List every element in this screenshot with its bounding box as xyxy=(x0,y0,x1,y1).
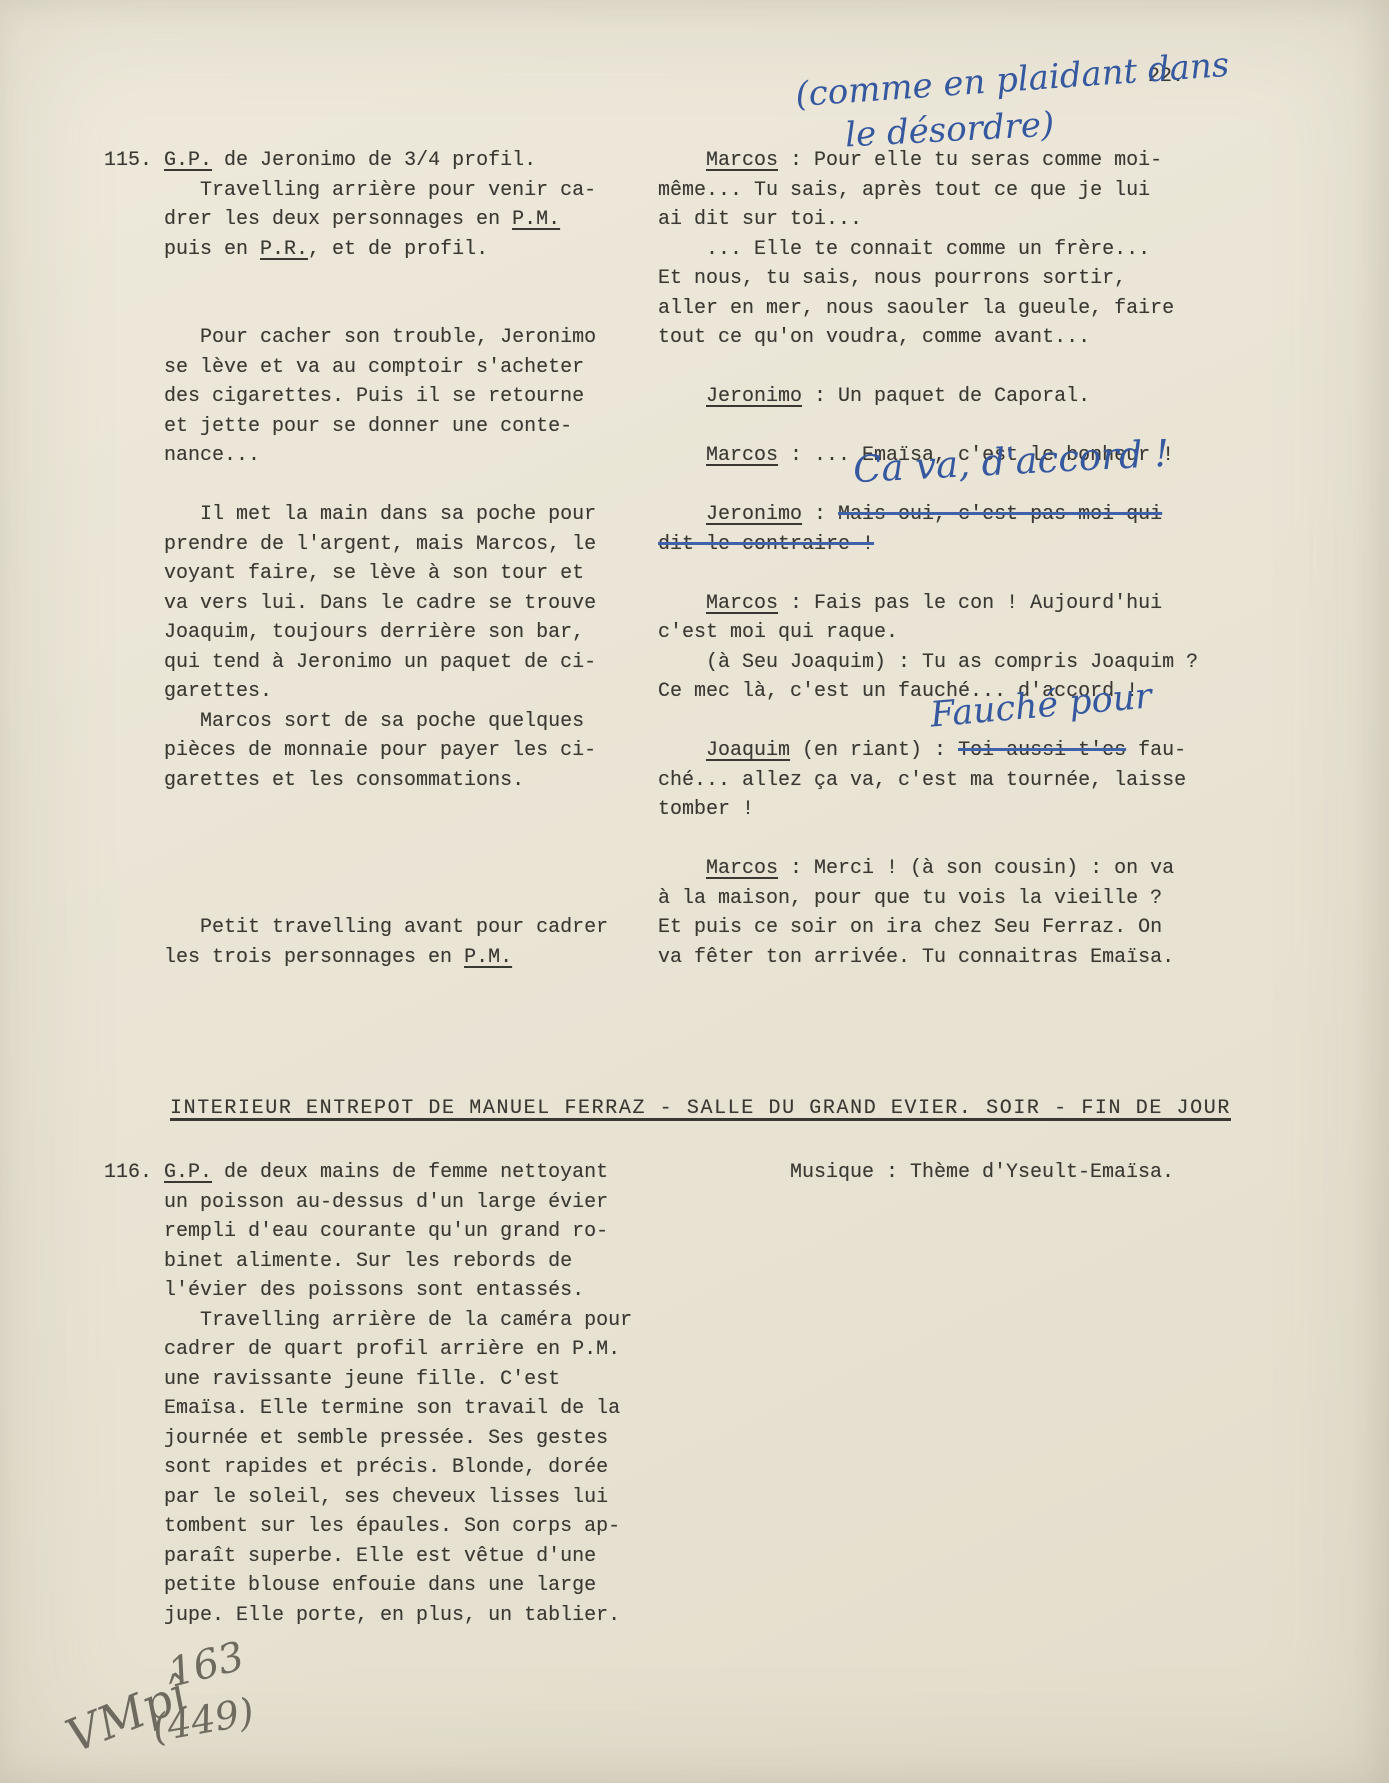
scene-115-left-column: 115. G.P. de Jeronimo de 3/4 profil. Tra… xyxy=(104,146,608,972)
scene-115-right-column: Marcos : Pour elle tu seras comme moi-mê… xyxy=(658,146,1198,972)
typed-text: sont rapides et précis. Blonde, dorée xyxy=(104,1456,608,1479)
text-line xyxy=(104,884,608,914)
typed-text xyxy=(658,385,706,408)
typed-text: de deux mains de femme nettoyant xyxy=(212,1161,608,1184)
text-line: une ravissante jeune fille. C'est xyxy=(104,1365,632,1395)
text-line xyxy=(104,294,608,324)
text-line: se lève et va au comptoir s'acheter xyxy=(104,353,608,383)
text-line: 115. G.P. de Jeronimo de 3/4 profil. xyxy=(104,146,608,176)
struck-text: Toi aussi t'es xyxy=(958,739,1126,762)
typed-text xyxy=(658,739,706,762)
text-line: 116. G.P. de deux mains de femme nettoya… xyxy=(104,1158,632,1188)
text-line: l'évier des poissons sont entassés. xyxy=(104,1276,632,1306)
typed-text: cadrer de quart profil arrière en P.M. xyxy=(104,1338,620,1361)
underlined-text: P.R. xyxy=(260,238,308,261)
typed-text: Et puis ce soir on ira chez Seu Ferraz. … xyxy=(658,916,1162,939)
text-line: pièces de monnaie pour payer les ci- xyxy=(104,736,608,766)
typed-text: paraît superbe. Elle est vêtue d'une xyxy=(104,1545,596,1568)
text-line: binet alimente. Sur les rebords de xyxy=(104,1247,632,1277)
underlined-text: P.M. xyxy=(512,208,560,231)
text-line: journée et semble pressée. Ses gestes xyxy=(104,1424,632,1454)
typed-text: va vers lui. Dans le cadre se trouve xyxy=(104,592,596,615)
typed-text: garettes. xyxy=(104,680,272,703)
text-line: à la maison, pour que tu vois la vieille… xyxy=(658,884,1198,914)
text-line: nance... xyxy=(104,441,608,471)
typed-text: un poisson au-dessus d'un large évier xyxy=(104,1191,608,1214)
text-line xyxy=(658,353,1198,383)
typed-text: Travelling arrière pour venir ca- xyxy=(104,179,596,202)
typed-text: Pour cacher son trouble, Jeronimo xyxy=(104,326,596,349)
underlined-text: Jeronimo xyxy=(706,503,802,526)
text-line: INTERIEUR ENTREPOT DE MANUEL FERRAZ - SA… xyxy=(170,1094,1231,1124)
text-line: drer les deux personnages en P.M. xyxy=(104,205,608,235)
typed-text: ... Elle te connait comme un frère... xyxy=(658,238,1150,261)
text-line: jupe. Elle porte, en plus, un tablier. xyxy=(104,1601,632,1631)
text-line: un poisson au-dessus d'un large évier xyxy=(104,1188,632,1218)
text-line: des cigarettes. Puis il se retourne xyxy=(104,382,608,412)
text-line: Et nous, tu sais, nous pourrons sortir, xyxy=(658,264,1198,294)
typed-text: : Un paquet de Caporal. xyxy=(802,385,1090,408)
struck-text: Mais oui, c'est pas moi qui xyxy=(838,503,1162,526)
text-line: Marcos : Pour elle tu seras comme moi- xyxy=(658,146,1198,176)
typed-text xyxy=(658,592,706,615)
typed-text: les trois personnages en xyxy=(104,946,464,969)
underlined-text: P.M. xyxy=(464,946,512,969)
text-line: va fêter ton arrivée. Tu connaitras Emaï… xyxy=(658,943,1198,973)
typed-text: prendre de l'argent, mais Marcos, le xyxy=(104,533,596,556)
screenplay-page: 22. (comme en plaidant dans le désordre)… xyxy=(0,0,1389,1783)
text-line: sont rapides et précis. Blonde, dorée xyxy=(104,1453,632,1483)
typed-text: une ravissante jeune fille. C'est xyxy=(104,1368,560,1391)
text-line: (à Seu Joaquim) : Tu as compris Joaquim … xyxy=(658,648,1198,678)
scene-116-left-column: 116. G.P. de deux mains de femme nettoya… xyxy=(104,1158,632,1630)
text-line xyxy=(104,795,608,825)
typed-text xyxy=(658,503,706,526)
text-line: petite blouse enfouie dans une large xyxy=(104,1571,632,1601)
text-line: qui tend à Jeronimo un paquet de ci- xyxy=(104,648,608,678)
underlined-text: Marcos xyxy=(706,592,778,615)
text-line xyxy=(104,471,608,501)
typed-text: , et de profil. xyxy=(308,238,488,261)
text-line: voyant faire, se lève à son tour et xyxy=(104,559,608,589)
typed-text: binet alimente. Sur les rebords de xyxy=(104,1250,572,1273)
underlined-text: G.P. xyxy=(164,1161,212,1184)
underlined-text: Joaquim xyxy=(706,739,790,762)
typed-text: ché... allez ça va, c'est ma tournée, la… xyxy=(658,769,1186,792)
typed-text: : xyxy=(802,503,838,526)
text-line: dit le contraire ! xyxy=(658,530,1198,560)
text-line xyxy=(104,854,608,884)
typed-text: rempli d'eau courante qu'un grand ro- xyxy=(104,1220,608,1243)
text-line: prendre de l'argent, mais Marcos, le xyxy=(104,530,608,560)
text-line: Emaïsa. Elle termine son travail de la xyxy=(104,1394,632,1424)
text-line: tombent sur les épaules. Son corps ap- xyxy=(104,1512,632,1542)
text-line: garettes et les consommations. xyxy=(104,766,608,796)
text-line: ... Elle te connait comme un frère... xyxy=(658,235,1198,265)
typed-text: Musique : Thème d'Yseult-Emaïsa. xyxy=(790,1161,1174,1184)
underlined-text: Jeronimo xyxy=(706,385,802,408)
typed-text: tombent sur les épaules. Son corps ap- xyxy=(104,1515,620,1538)
text-line: par le soleil, ses cheveux lisses lui xyxy=(104,1483,632,1513)
typed-text: jupe. Elle porte, en plus, un tablier. xyxy=(104,1604,620,1627)
typed-text: Travelling arrière de la caméra pour xyxy=(104,1309,632,1332)
text-line: Travelling arrière de la caméra pour xyxy=(104,1306,632,1336)
underlined-text: Marcos xyxy=(706,444,778,467)
typed-text: (à Seu Joaquim) : Tu as compris Joaquim … xyxy=(658,651,1198,674)
typed-text: Marcos sort de sa poche quelques xyxy=(104,710,584,733)
scene-heading: INTERIEUR ENTREPOT DE MANUEL FERRAZ - SA… xyxy=(170,1094,1231,1124)
text-line: Marcos sort de sa poche quelques xyxy=(104,707,608,737)
typed-text: même... Tu sais, après tout ce que je lu… xyxy=(658,179,1150,202)
underlined-text: INTERIEUR ENTREPOT DE MANUEL FERRAZ - SA… xyxy=(170,1097,1231,1120)
underlined-text: Marcos xyxy=(706,149,778,172)
typed-text: Emaïsa. Elle termine son travail de la xyxy=(104,1397,620,1420)
typed-text: se lève et va au comptoir s'acheter xyxy=(104,356,584,379)
typed-text: : Merci ! (à son cousin) : on va xyxy=(778,857,1174,880)
typed-text xyxy=(658,857,706,880)
text-line: Et puis ce soir on ira chez Seu Ferraz. … xyxy=(658,913,1198,943)
typed-text: ai dit sur toi... xyxy=(658,208,862,231)
text-line: Marcos : Merci ! (à son cousin) : on va xyxy=(658,854,1198,884)
underlined-text: G.P. xyxy=(164,149,212,172)
text-line: garettes. xyxy=(104,677,608,707)
typed-text: : Fais pas le con ! Aujourd'hui xyxy=(778,592,1162,615)
typed-text: nance... xyxy=(104,444,260,467)
text-line: va vers lui. Dans le cadre se trouve xyxy=(104,589,608,619)
text-line: Joaquim, toujours derrière son bar, xyxy=(104,618,608,648)
handwritten-top-note-line1: (comme en plaidant dans xyxy=(794,45,1230,115)
text-line: Joaquim (en riant) : Toi aussi t'es fau- xyxy=(658,736,1198,766)
typed-text: tout ce qu'on voudra, comme avant... xyxy=(658,326,1090,349)
typed-text: des cigarettes. Puis il se retourne xyxy=(104,385,584,408)
text-line: rempli d'eau courante qu'un grand ro- xyxy=(104,1217,632,1247)
typed-text: Petit travelling avant pour cadrer xyxy=(104,916,608,939)
text-line: aller en mer, nous saouler la gueule, fa… xyxy=(658,294,1198,324)
typed-text: Joaquim, toujours derrière son bar, xyxy=(104,621,584,644)
scene-116-right-column: Musique : Thème d'Yseult-Emaïsa. xyxy=(790,1158,1174,1188)
typed-text: c'est moi qui raque. xyxy=(658,621,898,644)
text-line xyxy=(658,559,1198,589)
text-line: Petit travelling avant pour cadrer xyxy=(104,913,608,943)
struck-text: dit le contraire ! xyxy=(658,533,874,556)
text-line: tout ce qu'on voudra, comme avant... xyxy=(658,323,1198,353)
typed-text: puis en xyxy=(104,238,260,261)
typed-text: journée et semble pressée. Ses gestes xyxy=(104,1427,608,1450)
typed-text: l'évier des poissons sont entassés. xyxy=(104,1279,584,1302)
text-line: Il met la main dans sa poche pour xyxy=(104,500,608,530)
text-line: ai dit sur toi... xyxy=(658,205,1198,235)
typed-text: par le soleil, ses cheveux lisses lui xyxy=(104,1486,608,1509)
text-line: Travelling arrière pour venir ca- xyxy=(104,176,608,206)
typed-text: garettes et les consommations. xyxy=(104,769,524,792)
typed-text: aller en mer, nous saouler la gueule, fa… xyxy=(658,297,1174,320)
typed-text: Il met la main dans sa poche pour xyxy=(104,503,596,526)
underlined-text: Marcos xyxy=(706,857,778,880)
text-line: Musique : Thème d'Yseult-Emaïsa. xyxy=(790,1158,1174,1188)
typed-text: petite blouse enfouie dans une large xyxy=(104,1574,596,1597)
text-line xyxy=(658,825,1198,855)
text-line: Jeronimo : Un paquet de Caporal. xyxy=(658,382,1198,412)
typed-text: : Pour elle tu seras comme moi- xyxy=(778,149,1162,172)
typed-text: 115. xyxy=(104,149,164,172)
typed-text: tomber ! xyxy=(658,798,754,821)
text-line: puis en P.R., et de profil. xyxy=(104,235,608,265)
text-line: Marcos : Fais pas le con ! Aujourd'hui xyxy=(658,589,1198,619)
typed-text: Et nous, tu sais, nous pourrons sortir, xyxy=(658,267,1126,290)
text-line: les trois personnages en P.M. xyxy=(104,943,608,973)
typed-text: 116. xyxy=(104,1161,164,1184)
text-line: même... Tu sais, après tout ce que je lu… xyxy=(658,176,1198,206)
text-line: cadrer de quart profil arrière en P.M. xyxy=(104,1335,632,1365)
typed-text: drer les deux personnages en xyxy=(104,208,512,231)
typed-text: pièces de monnaie pour payer les ci- xyxy=(104,739,596,762)
typed-text: à la maison, pour que tu vois la vieille… xyxy=(658,887,1162,910)
pencil-note-163: 163 xyxy=(164,1633,249,1696)
typed-text: va fêter ton arrivée. Tu connaitras Emaï… xyxy=(658,946,1174,969)
typed-text: qui tend à Jeronimo un paquet de ci- xyxy=(104,651,596,674)
text-line xyxy=(104,825,608,855)
typed-text xyxy=(658,149,706,172)
typed-text: et jette pour se donner une conte- xyxy=(104,415,572,438)
text-line: Pour cacher son trouble, Jeronimo xyxy=(104,323,608,353)
text-line: et jette pour se donner une conte- xyxy=(104,412,608,442)
typed-text: voyant faire, se lève à son tour et xyxy=(104,562,584,585)
text-line: Jeronimo : Mais oui, c'est pas moi qui xyxy=(658,500,1198,530)
typed-text: de Jeronimo de 3/4 profil. xyxy=(212,149,536,172)
text-line: tomber ! xyxy=(658,795,1198,825)
typed-text: (en riant) : xyxy=(790,739,958,762)
typed-text xyxy=(658,444,706,467)
typed-text: fau- xyxy=(1126,739,1186,762)
text-line: ché... allez ça va, c'est ma tournée, la… xyxy=(658,766,1198,796)
text-line xyxy=(104,264,608,294)
text-line: paraît superbe. Elle est vêtue d'une xyxy=(104,1542,632,1572)
text-line: c'est moi qui raque. xyxy=(658,618,1198,648)
